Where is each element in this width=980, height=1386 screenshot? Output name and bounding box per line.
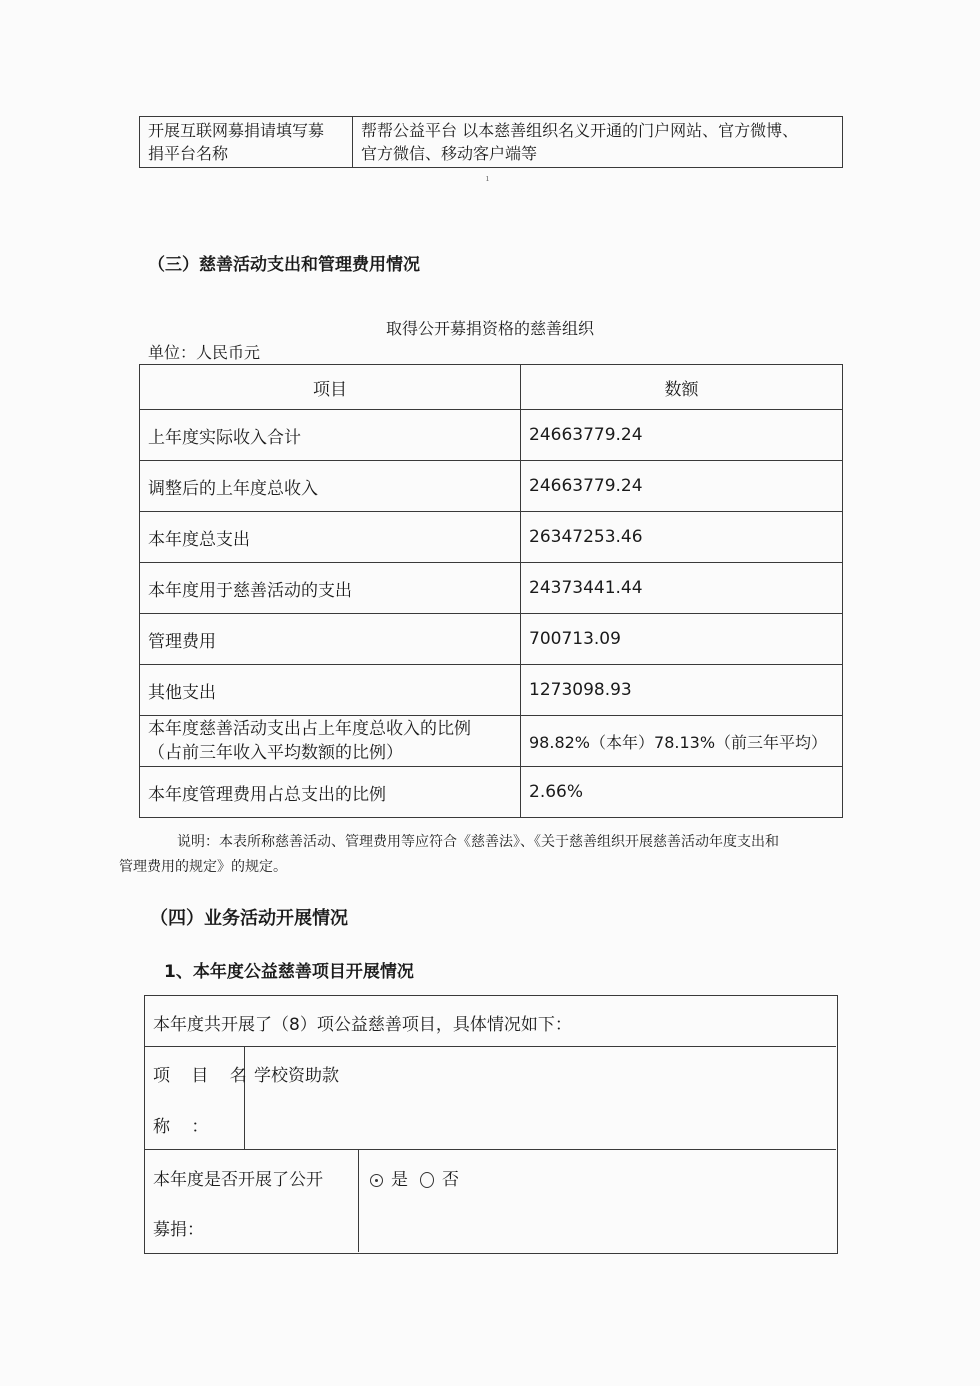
row-divider	[144, 1149, 836, 1150]
table-row: 本年度慈善活动支出占上年度总收入的比例 （占前三年收入平均数额的比例） 98.8…	[140, 716, 843, 767]
table-row: 管理费用 700713.09	[140, 614, 843, 665]
row-item: 本年度慈善活动支出占上年度总收入的比例 （占前三年收入平均数额的比例）	[140, 716, 521, 767]
row-item: 调整后的上年度总收入	[140, 461, 521, 512]
row-divider	[144, 1046, 836, 1047]
public-fundraising-label-line2: 募捐：	[153, 1215, 204, 1240]
row-amount: 700713.09	[521, 614, 843, 665]
col-divider	[358, 1149, 359, 1252]
row-item: 管理费用	[140, 614, 521, 665]
table-note: 说明：本表所称慈善活动、管理费用等应符合《慈善法》、《关于慈善组织开展慈善活动年…	[148, 830, 848, 880]
fundraising-platform-table: 开展互联网募捐请填写募 捐平台名称 帮帮公益平台 以本慈善组织名义开通的门户网站…	[139, 116, 843, 168]
section4-heading: （四）业务活动开展情况	[150, 904, 348, 930]
table-row: 本年度用于慈善活动的支出 24373441.44	[140, 563, 843, 614]
project-count-intro: 本年度共开展了（8）项公益慈善项目，具体情况如下：	[153, 1010, 572, 1035]
radio-unselected-icon[interactable]	[420, 1172, 434, 1188]
row-amount: 26347253.46	[521, 512, 843, 563]
project-name-label-line2: 称 ：	[153, 1112, 216, 1137]
row-item: 其他支出	[140, 665, 521, 716]
row-amount: 24373441.44	[521, 563, 843, 614]
table-row: 本年度总支出 26347253.46	[140, 512, 843, 563]
row-item-line1: 本年度慈善活动支出占上年度总收入的比例	[148, 719, 471, 739]
table-row: 上年度实际收入合计 24663779.24	[140, 410, 843, 461]
row-item: 上年度实际收入合计	[140, 410, 521, 461]
row-item: 本年度管理费用占总支出的比例	[140, 767, 521, 818]
platform-value-line2: 官方微信、移动客户端等	[361, 144, 537, 163]
note-line2: 管理费用的规定》的规定。	[119, 859, 287, 875]
option-yes-label: 是	[391, 1170, 408, 1190]
option-no-label: 否	[442, 1170, 459, 1190]
table-row: 本年度管理费用占总支出的比例 2.66%	[140, 767, 843, 818]
row-amount: 24663779.24	[521, 461, 843, 512]
row-item-line2: （占前三年收入平均数额的比例）	[148, 743, 403, 763]
project-name-label-line1: 项 目 名	[153, 1061, 255, 1086]
table-caption: 取得公开募捐资格的慈善组织	[0, 316, 980, 339]
platform-value-cell: 帮帮公益平台 以本慈善组织名义开通的门户网站、官方微博、 官方微信、移动客户端等	[353, 117, 843, 168]
project-name-value: 学校资助款	[254, 1061, 339, 1086]
row-item: 本年度用于慈善活动的支出	[140, 563, 521, 614]
row-amount: 1273098.93	[521, 665, 843, 716]
table-row: 其他支出 1273098.93	[140, 665, 843, 716]
row-amount: 2.66%	[521, 767, 843, 818]
row-amount: 98.82%（本年）78.13%（前三年平均）	[521, 716, 843, 767]
table-header-row: 项目 数额	[140, 365, 843, 410]
expenditure-table: 项目 数额 上年度实际收入合计 24663779.24 调整后的上年度总收入 2…	[139, 364, 843, 818]
public-fundraising-options: 是否	[370, 1165, 459, 1190]
column-header-amount: 数额	[521, 365, 843, 410]
radio-selected-icon[interactable]	[370, 1174, 383, 1187]
public-fundraising-label-line1: 本年度是否开展了公开	[153, 1165, 323, 1190]
platform-label-cell: 开展互联网募捐请填写募 捐平台名称	[140, 117, 353, 168]
platform-label-line1: 开展互联网募捐请填写募	[148, 121, 324, 140]
platform-value-line1: 帮帮公益平台 以本慈善组织名义开通的门户网站、官方微博、	[361, 121, 798, 140]
table-row: 调整后的上年度总收入 24663779.24	[140, 461, 843, 512]
note-line1: 说明：本表所称慈善活动、管理费用等应符合《慈善法》、《关于慈善组织开展慈善活动年…	[177, 834, 779, 850]
scan-mark: ı	[486, 174, 489, 184]
column-header-item: 项目	[140, 365, 521, 410]
currency-unit: 单位：人民币元	[148, 340, 260, 363]
section3-heading: （三）慈善活动支出和管理费用情况	[148, 250, 420, 275]
subsection-heading: 1、本年度公益慈善项目开展情况	[164, 957, 414, 982]
row-item: 本年度总支出	[140, 512, 521, 563]
row-amount: 24663779.24	[521, 410, 843, 461]
platform-label-line2: 捐平台名称	[148, 144, 228, 163]
